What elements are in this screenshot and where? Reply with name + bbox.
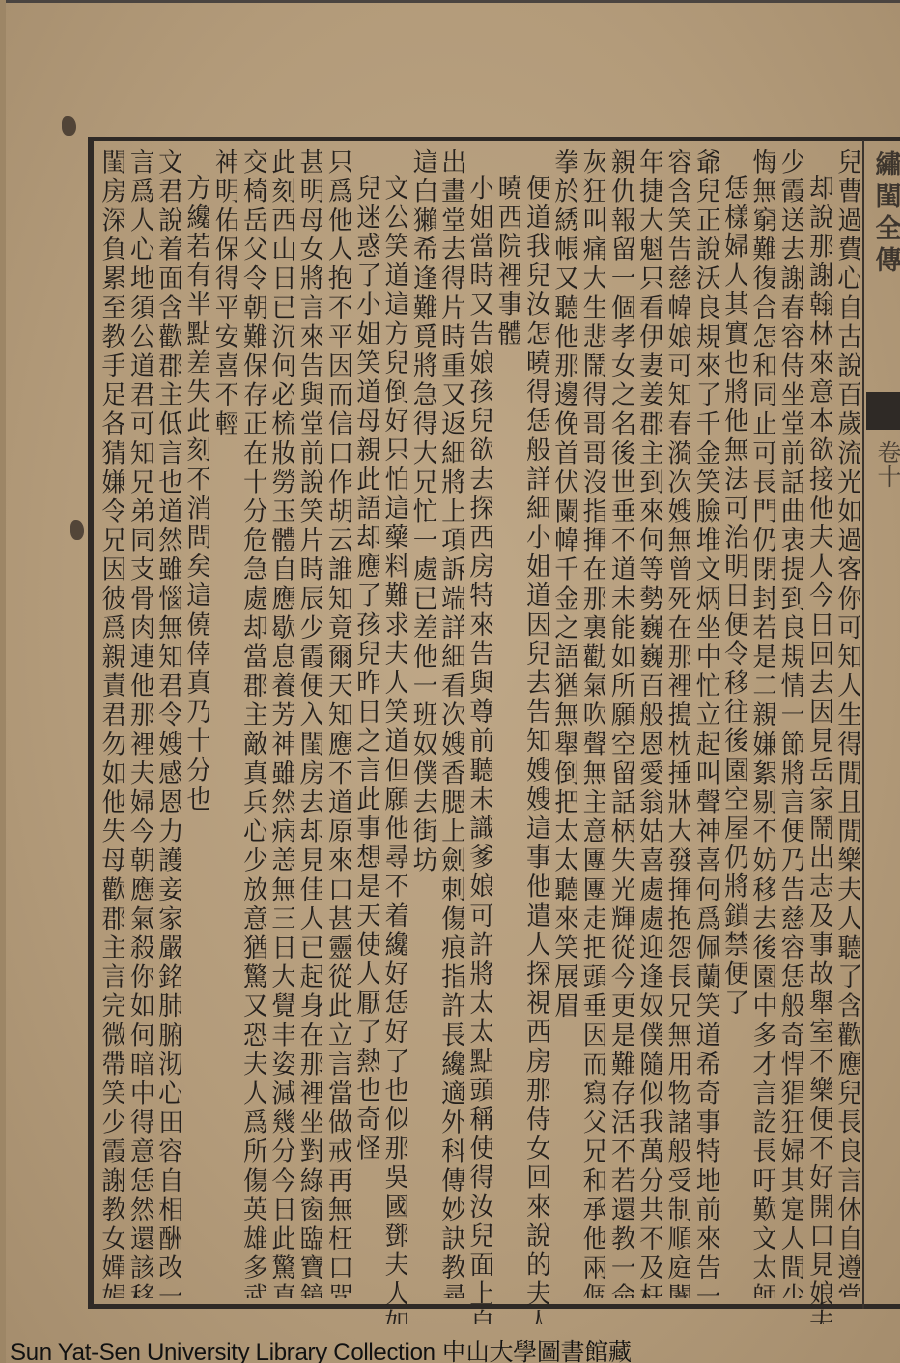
text-column: 出畫堂去得片時重又返細將上項訴端詳細看次嫂香腮上劍刺傷痕指許長纔適外科傳妙訣教尋… — [436, 148, 464, 1298]
text-column: 灰狂叫痛大生悲鬧得哥哥沒指揮在那裏勸氣吹聲無主意團團走把頭垂因而寫父兄和承他兩個… — [577, 148, 605, 1298]
scanned-page: 繡閨全傳 卷十 兒曹過費心自古說百歲流光如過客你可知人生得閒且閒樂夫人聽了含歡應… — [0, 0, 900, 1363]
text-column: 兒迷惑了小姐笑道母親此語却應了孩兒昨日之言此事想是天使人厭了熱也奇怪 — [351, 148, 379, 1324]
banner-column: 繡閨全傳 卷十 — [862, 140, 900, 1309]
text-column: 言爲人心地須公道君可知兄弟同支骨肉連他那裡夫婦今朝應氣殺你如何暗中得意恁然還該移… — [124, 148, 152, 1298]
text-column: 神明佑保得平安喜不輕 — [209, 148, 237, 1298]
text-column: 年捷大魁只看伊妻姜郡主到來何等勢巍巍百般恩愛翁姑喜處處迎逢奴僕隨似我萬分共不及枉… — [634, 148, 662, 1298]
text-column: 文公笑道這方兒倒好只怕這藥料難求夫人笑道但願他尋不着纔好恁好了也似那吳國鄧夫人如… — [379, 148, 407, 1324]
text-column: 悔無窮難復合怎和同止可長門仍閉封若是二親嫌絮剔不妨移去後園中多才言訖長吁歎文太師… — [747, 148, 775, 1298]
fishtail-block — [866, 392, 900, 430]
text-column: 拳於綉帳又聽他那邊俛首伏闌幃千金之語猶無舉倒把太太聽來笑展眉 — [549, 148, 577, 1298]
text-column: 曉西院裡事體 — [492, 148, 520, 1324]
text-column: 這白獺希逢難覓將急得大兄忙一處已差他一班奴僕去街坊 — [407, 148, 435, 1298]
volume-label: 卷十 — [870, 440, 900, 488]
text-column: 爺兒正說沃良規來了千金笑臉堆文炳坐中忙立起叫聲神喜何爲佩蘭笑道希奇事特地前來告一… — [690, 148, 718, 1298]
text-column: 容含笑告慈幃娘可知春漪次嫂無曾死在那裡搗枕捶牀大發揮抱怨長兄無用物諸般受制順庭闈… — [662, 148, 690, 1298]
text-column: 只爲他人抱不平因而信口作胡云誰知竟爾天知應不道原來口甚靈從此立言當做戒再無枉口咒… — [322, 148, 350, 1298]
text-column: 却說那謝翰林來意本欲接他夫人今日回去因見岳家鬧出志及事故舉室不樂便不好開口見娘夫… — [803, 148, 831, 1324]
text-column: 方纔若有半點差失此刻不消問矣這僥倖真乃十分也 — [181, 148, 209, 1324]
text-column: 此刻西山日已沉何必梳妝勞玉體自應歇息養芳神雖然病恙無三日大覺丰姿減幾分今日此驚真… — [266, 148, 294, 1298]
text-column: 甚明母女將言來告與堂前說笑片時辰少霞便入閨房去却見佳人已起身在那裡坐對綠窗臨寶鏡… — [294, 148, 322, 1298]
book-title: 繡閨全傳 — [868, 150, 900, 278]
text-column: 兒曹過費心自古說百歲流光如過客你可知人生得閒且閒樂夫人聽了含歡應兒長良言休自遵當… — [832, 148, 860, 1298]
text-column: 少霞送去謝春容侍坐堂前話曲衷提到良規情一節將言便乃告慈容恁般奇悍猖狂婦其寔人間少… — [775, 148, 803, 1298]
library-credit: Sun Yat-Sen University Library Collectio… — [10, 1332, 632, 1363]
text-column: 便道我兒汝怎曉得恁般詳細小姐道因兒去告知嫂嫂這事他遣人探視西房那侍女回來說的夫人… — [520, 148, 548, 1324]
text-column: 親仇報留一個孝女之名後世垂不道未能如所願空留話柄失光輝從今更是難存活不若還教一命… — [605, 148, 633, 1298]
page-top-edge — [0, 0, 900, 3]
page-left-fold — [0, 0, 6, 1363]
binding-hole-mark — [62, 116, 76, 136]
text-column: 恁樣婦人其實也將他無法可治明日便令移往後園空屋仍將鎖禁便了 — [719, 148, 747, 1324]
text-column: 閨房深負累至教手足各猜嫌令兄因彼爲親責君勿如他失母歡郡主言完微帶笑少霞謝教女嬋娟… — [96, 148, 124, 1298]
text-column: 交椅岳父令朝難保存正在十分危急處却當郡主敵真兵心少放意猶驚又恐夫人爲所傷英雄多武… — [237, 148, 265, 1298]
text-column: 小姐當時又告娘孩兒欲去探西房特來告與尊前聽未識爹娘可許將太太點頭稱使得汝兒面上自… — [464, 148, 492, 1324]
text-column: 文君說着面含歡郡主低言也道然雖惱無知君令嫂感恩力護妾家嚴銘肺腑沏心田容自相酬改一… — [153, 148, 181, 1298]
binding-hole-mark — [70, 520, 84, 540]
vertical-text-body: 兒曹過費心自古說百歲流光如過客你可知人生得閒且閒樂夫人聽了含歡應兒長良言休自遵當… — [96, 148, 860, 1298]
